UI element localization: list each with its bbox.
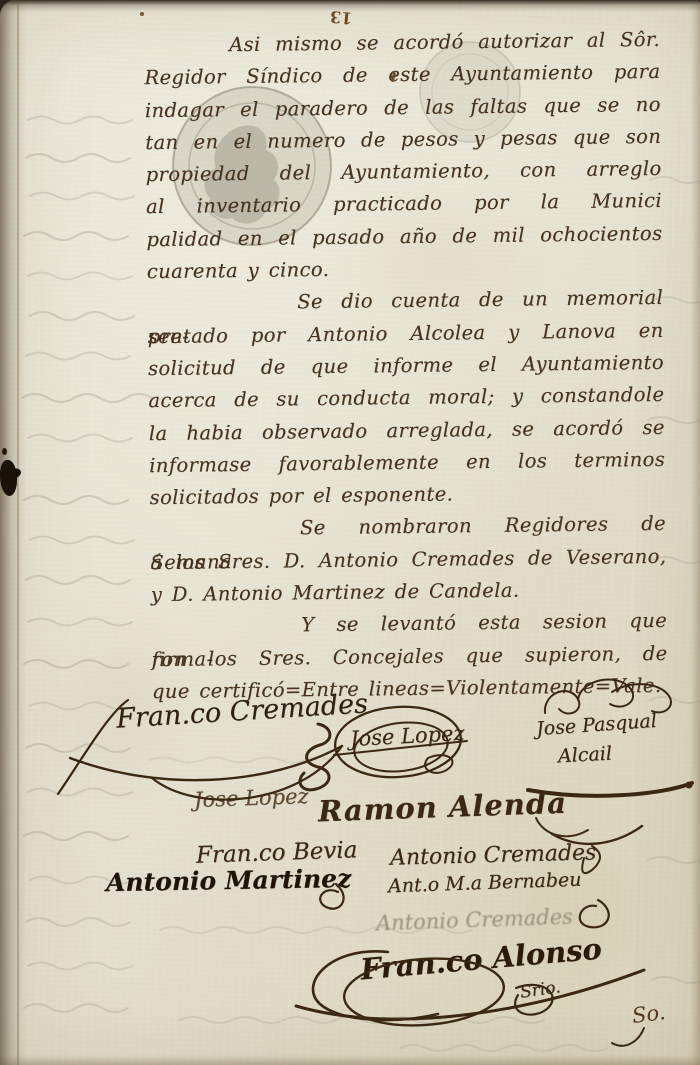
showthrough-stroke bbox=[652, 977, 700, 983]
scan-edge-left bbox=[0, 0, 26, 1065]
showthrough-stroke bbox=[28, 435, 132, 442]
showthrough-stroke bbox=[28, 963, 132, 970]
showthrough-stroke bbox=[24, 1004, 128, 1012]
showthrough-stroke bbox=[26, 744, 130, 752]
ink-speck bbox=[140, 12, 144, 16]
showthrough-stroke bbox=[24, 832, 128, 840]
signature-antonio-martinez: Antonio Martinez bbox=[106, 864, 352, 897]
showthrough-stroke bbox=[26, 154, 130, 162]
signature-alonso-secretary-title: Srio. bbox=[519, 977, 562, 1002]
showthrough-stroke bbox=[28, 619, 132, 626]
manuscript-page: 13 Asi mismo se acordó autorizar al Sôr.… bbox=[0, 0, 700, 1065]
showthrough-stroke bbox=[22, 394, 152, 402]
scan-edge-right bbox=[690, 0, 700, 1065]
signature-ramon-alenda: Ramon Alenda bbox=[317, 786, 567, 829]
showthrough-stroke bbox=[26, 918, 130, 926]
signature-antonio-cremades: Antonio Cremades bbox=[390, 840, 597, 870]
showthrough-stroke bbox=[24, 496, 128, 504]
showthrough-stroke bbox=[28, 789, 132, 796]
showthrough-stroke bbox=[24, 660, 128, 668]
showthrough-stroke bbox=[28, 117, 132, 124]
signature-jose-pasqual-line2: Alcail bbox=[557, 743, 612, 768]
signature-francisco-alonso: Fran.co Alonso bbox=[359, 932, 603, 987]
manuscript-line: informase favorablemente en los terminos bbox=[149, 444, 665, 483]
rubric-catchword bbox=[612, 1028, 644, 1046]
showthrough-stroke bbox=[26, 353, 130, 360]
signature-jose-lopez-1: Jose Lopez bbox=[349, 721, 465, 751]
signature-jose-lopez-2: Jose Lopez bbox=[194, 784, 309, 812]
manuscript-text-block: Asi mismo se acordó autorizar al Sôr. Re… bbox=[144, 24, 668, 708]
manuscript-line: palidad en el pasado año de mil ochocien… bbox=[146, 218, 662, 257]
showthrough-stroke bbox=[24, 232, 128, 240]
showthrough-stroke bbox=[180, 1017, 544, 1023]
showthrough-stroke bbox=[30, 312, 134, 320]
folio-number: 13 bbox=[329, 7, 353, 28]
showthrough-stroke bbox=[30, 537, 134, 544]
catchword: So. bbox=[631, 1000, 667, 1028]
signature-jose-pasqual-line1: Jose Pasqual bbox=[535, 710, 657, 740]
signature-antonio-maria-bernabeu: Ant.o M.a Bernabeu bbox=[388, 869, 582, 898]
signature-antonio-cremades-faint: Antonio Cremades bbox=[376, 905, 574, 936]
showthrough-stroke bbox=[28, 273, 132, 280]
showthrough-stroke bbox=[26, 576, 130, 584]
manuscript-line: á los Sres. D. Antonio Cremades de Veser… bbox=[150, 541, 666, 580]
showthrough-stroke bbox=[648, 857, 700, 863]
ink-speck bbox=[2, 448, 7, 455]
showthrough-stroke bbox=[400, 1045, 608, 1051]
showthrough-stroke bbox=[150, 758, 332, 763]
scan-edge-bottom bbox=[0, 1055, 700, 1065]
showthrough-stroke bbox=[30, 193, 134, 200]
ink-blot bbox=[0, 460, 17, 496]
